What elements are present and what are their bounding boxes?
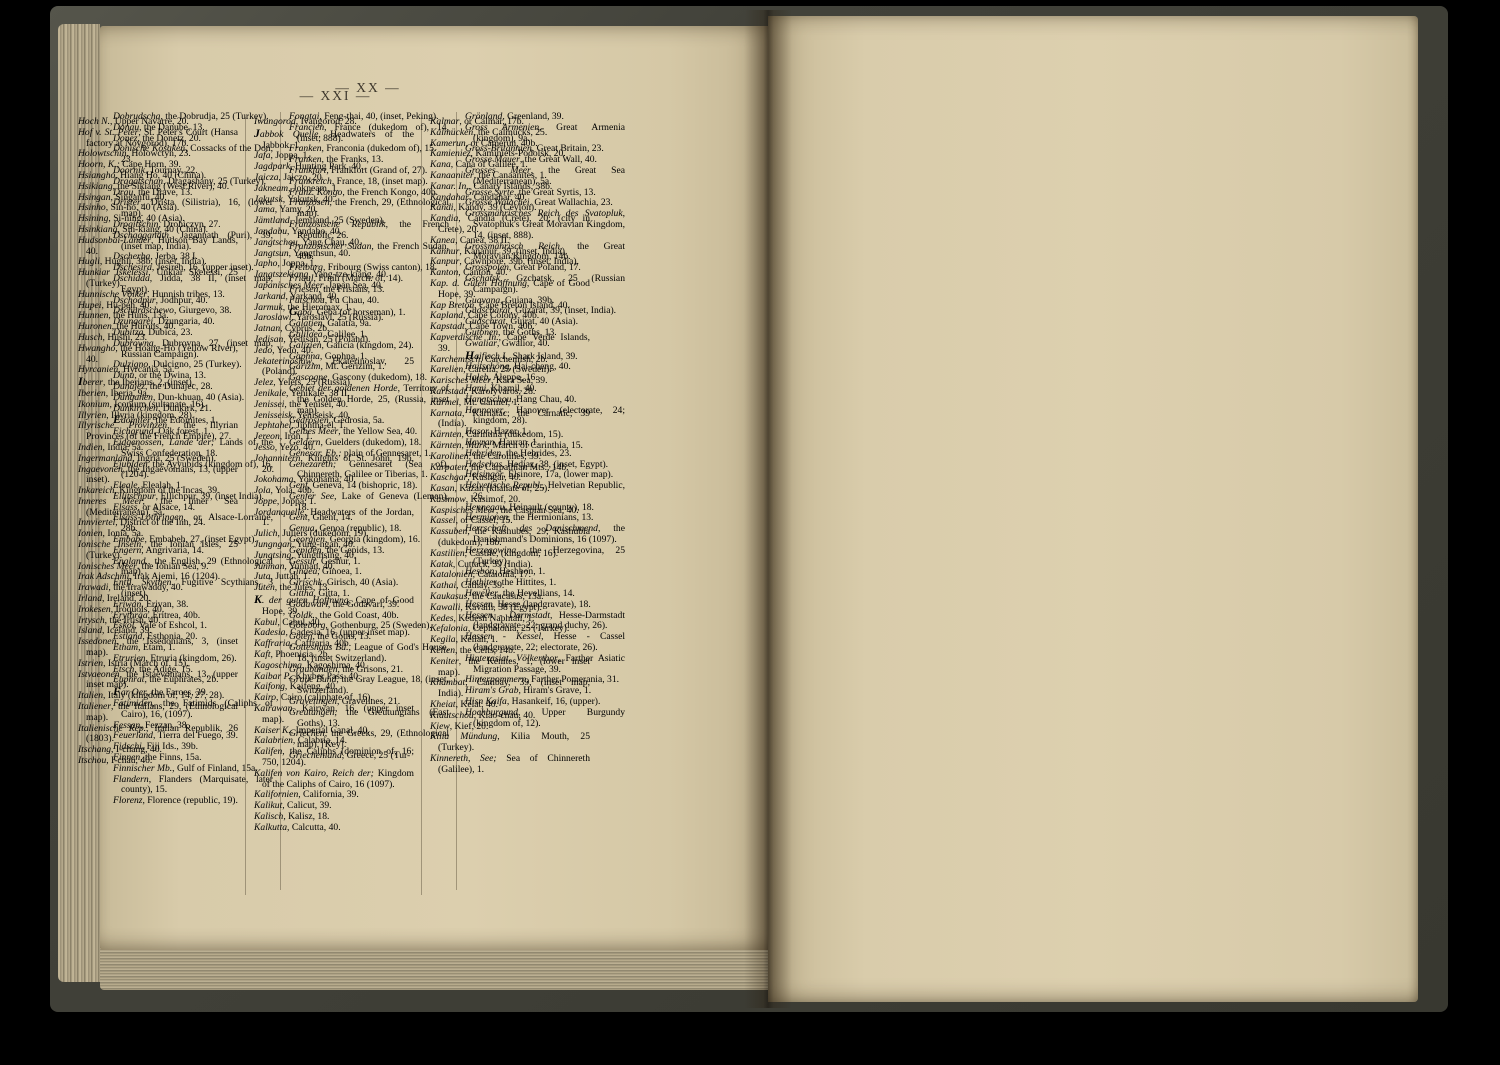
index-entry: Khambat, Cambay, 39, (inset map, India). xyxy=(430,678,590,700)
index-entry: Hwangho, the Hoang-Ho (Yellow River), 40… xyxy=(78,344,238,366)
index-entry: K. der guten Hoffnung, Cape of Good Hope… xyxy=(254,594,414,618)
index-entry: Iwangorod, Ivangorod, 28. xyxy=(254,117,414,128)
index-entry: Hunkiar Iskelessi, Unkiar Skelessi, 25 (… xyxy=(78,268,238,290)
index-entry: Kinnereth, See; Sea of Chinnereth (Galil… xyxy=(430,754,590,776)
index-entry: Hyrcanien, Hyrcania, 5a. xyxy=(78,365,238,376)
index-entry: Kiautschou, Kiao-chau, 40. xyxy=(430,711,590,722)
index-entry: Kapverdische In., Cape Verde Islands, 39… xyxy=(430,333,590,355)
index-entry: Jabbok Quelle, Headwaters of the Jabbok,… xyxy=(254,128,414,152)
index-entry: Issedonen, the Issedonians, 3, (inset ma… xyxy=(78,637,238,659)
index-entry: Italienische Rep., Italian Republik, 26 … xyxy=(78,724,238,746)
index-entry: Italiener, the Italians, 29, (Ethnologic… xyxy=(78,702,238,724)
index-entry: Hunnische Völker, Hunnish tribes, 13. xyxy=(78,290,238,301)
index-entry: Itschou, I-chau, 40. xyxy=(78,756,238,767)
index-column: Hoch N., Upper Navarre, 20.Hof v. St. Pe… xyxy=(78,117,238,895)
index-entry: Jüten, the Jutes, 13. xyxy=(254,583,414,594)
scanned-book-photo: { "left_page": { "header": "— XX —", "co… xyxy=(0,0,1500,1065)
index-entry: Hof v. St. Peter, St. Peter's Court (Han… xyxy=(78,128,238,150)
index-entry: Kassuben, the Kashubes, 29; Kashubia (du… xyxy=(430,527,590,549)
index-entry: Kap. d. Guten Hoffnung, Cape of Good Hop… xyxy=(430,279,590,301)
index-column: Kalmar, or Calmar, 17b.Kalmücken, the Ca… xyxy=(421,117,590,895)
index-entry: Kilia Mündung, Kilia Mouth, 25 (Turkey). xyxy=(430,732,590,754)
index-entry: Kandia, Candia (Crete), 20; (city in Cre… xyxy=(430,214,590,236)
index-entry: Kalkutta, Calcutta, 40. xyxy=(254,823,414,834)
index-entry: Ingaevonen, the Ingaevonians, 13, (upper… xyxy=(78,465,238,487)
index-entry: Jordanquelle, Headwaters of the Jordan, … xyxy=(254,508,414,530)
index-entry: Johannitern, Knights of St. John, 19b, 2… xyxy=(254,454,414,476)
index-entry: Istvaeonen, the Istaevonians, 13, (upper… xyxy=(78,670,238,692)
index-entry: Kalifen von Kairo, Reich der; Kingdom of… xyxy=(254,769,414,791)
index-column: Iwangorod, Ivangorod, 28.Jabbok Quelle, … xyxy=(245,117,414,895)
index-columns-right: Hoch N., Upper Navarre, 20.Hof v. St. Pe… xyxy=(78,117,590,895)
index-entry: Inneres Meer, the Inner Sea (Mediterrane… xyxy=(78,497,238,519)
index-entry: Keniter, the Kenites, 1, (lower inset ma… xyxy=(430,657,590,679)
index-entry: Illyrische Provinzen, the Illyrian Provi… xyxy=(78,421,238,443)
index-entry: Ionische Inseln, the Ionian Isles, 25 (T… xyxy=(78,540,238,562)
index-entry: Karnata, Karnatac; the Carnatic, 39 (Ind… xyxy=(430,409,590,431)
page-number-heading-right: — XXI — xyxy=(78,88,593,104)
index-entry: Hudsonbai-Länder, Hudson Bay Lands, 40. xyxy=(78,236,238,258)
index-entry: Jekaterinoslaw, Ekaterinoslav, 25 (Polan… xyxy=(254,357,414,379)
index-entry: Kalifen, the Caliphs (dominion of, 16; 7… xyxy=(254,747,414,769)
index-entry: Kairawan, Kairwan, 16, (upper inset map)… xyxy=(254,704,414,726)
right-page xyxy=(768,16,1418,1002)
page-edge-stack-bottom xyxy=(100,948,768,990)
